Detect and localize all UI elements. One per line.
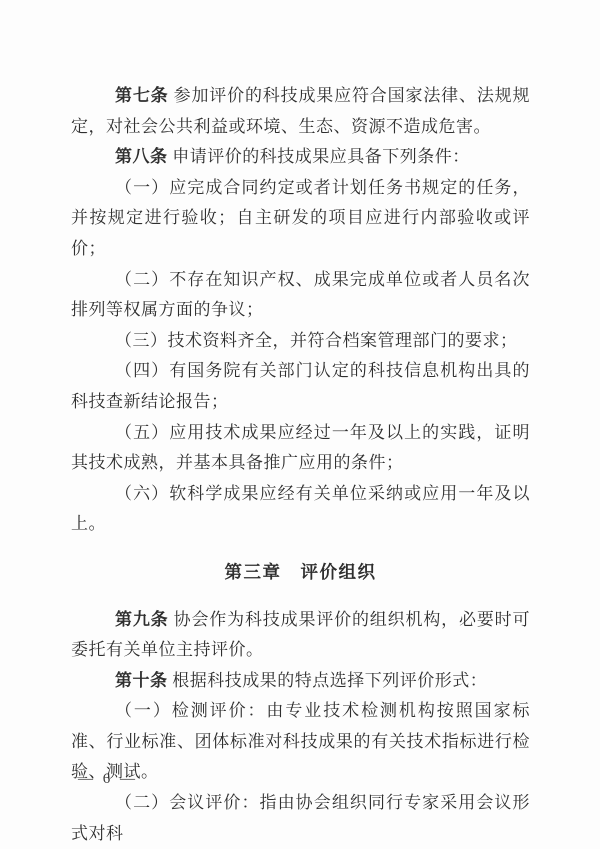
paragraph: 第九条 协会作为科技成果评价的组织机构，必要时可委托有关单位主持评价。 [71,605,530,666]
paragraph: （三）技术资料齐全，并符合档案管理部门的要求； [71,326,530,357]
paragraph: （六）软科学成果应经有关单位采纳或应用一年及以上。 [71,479,530,540]
page-number: — 6 — [78,771,138,788]
paragraph: （二）不存在知识产权、成果完成单位或者人员名次排列等权属方面的争议； [71,265,530,326]
paragraph: （一）检测评价：由专业技术检测机构按照国家标准、行业标准、团体标准对科技成果的有… [71,696,530,788]
paragraph: 第十条 根据科技成果的特点选择下列评价形式： [71,666,530,697]
paragraph: 第七条 参加评价的科技成果应符合国家法律、法规规定，对社会公共利益或环境、生态、… [71,81,530,142]
article-number: 第八条 [115,147,168,166]
paragraph: （五）应用技术成果应经过一年及以上的实践，证明其技术成熟，并基本具备推广应用的条… [71,418,530,479]
paragraph: （四）有国务院有关部门认定的科技信息机构出具的科技查新结论报告； [71,356,530,417]
paragraph: （一）应完成合同约定或者计划任务书规定的任务，并按规定进行验收；自主研发的项目应… [71,173,530,265]
paragraph: 第八条 申请评价的科技成果应具备下列条件： [71,142,530,173]
article-number: 第七条 [115,86,169,105]
document-page: 第七条 参加评价的科技成果应符合国家法律、法规规定，对社会公共利益或环境、生态、… [0,0,600,849]
paragraph: （二）会议评价：指由协会组织同行专家采用会议形式对科 [71,788,530,849]
document-body: 第七条 参加评价的科技成果应符合国家法律、法规规定，对社会公共利益或环境、生态、… [71,81,530,849]
chapter-heading: 第三章 评价组织 [71,557,530,588]
article-number: 第九条 [115,610,169,629]
article-number: 第十条 [115,671,168,690]
